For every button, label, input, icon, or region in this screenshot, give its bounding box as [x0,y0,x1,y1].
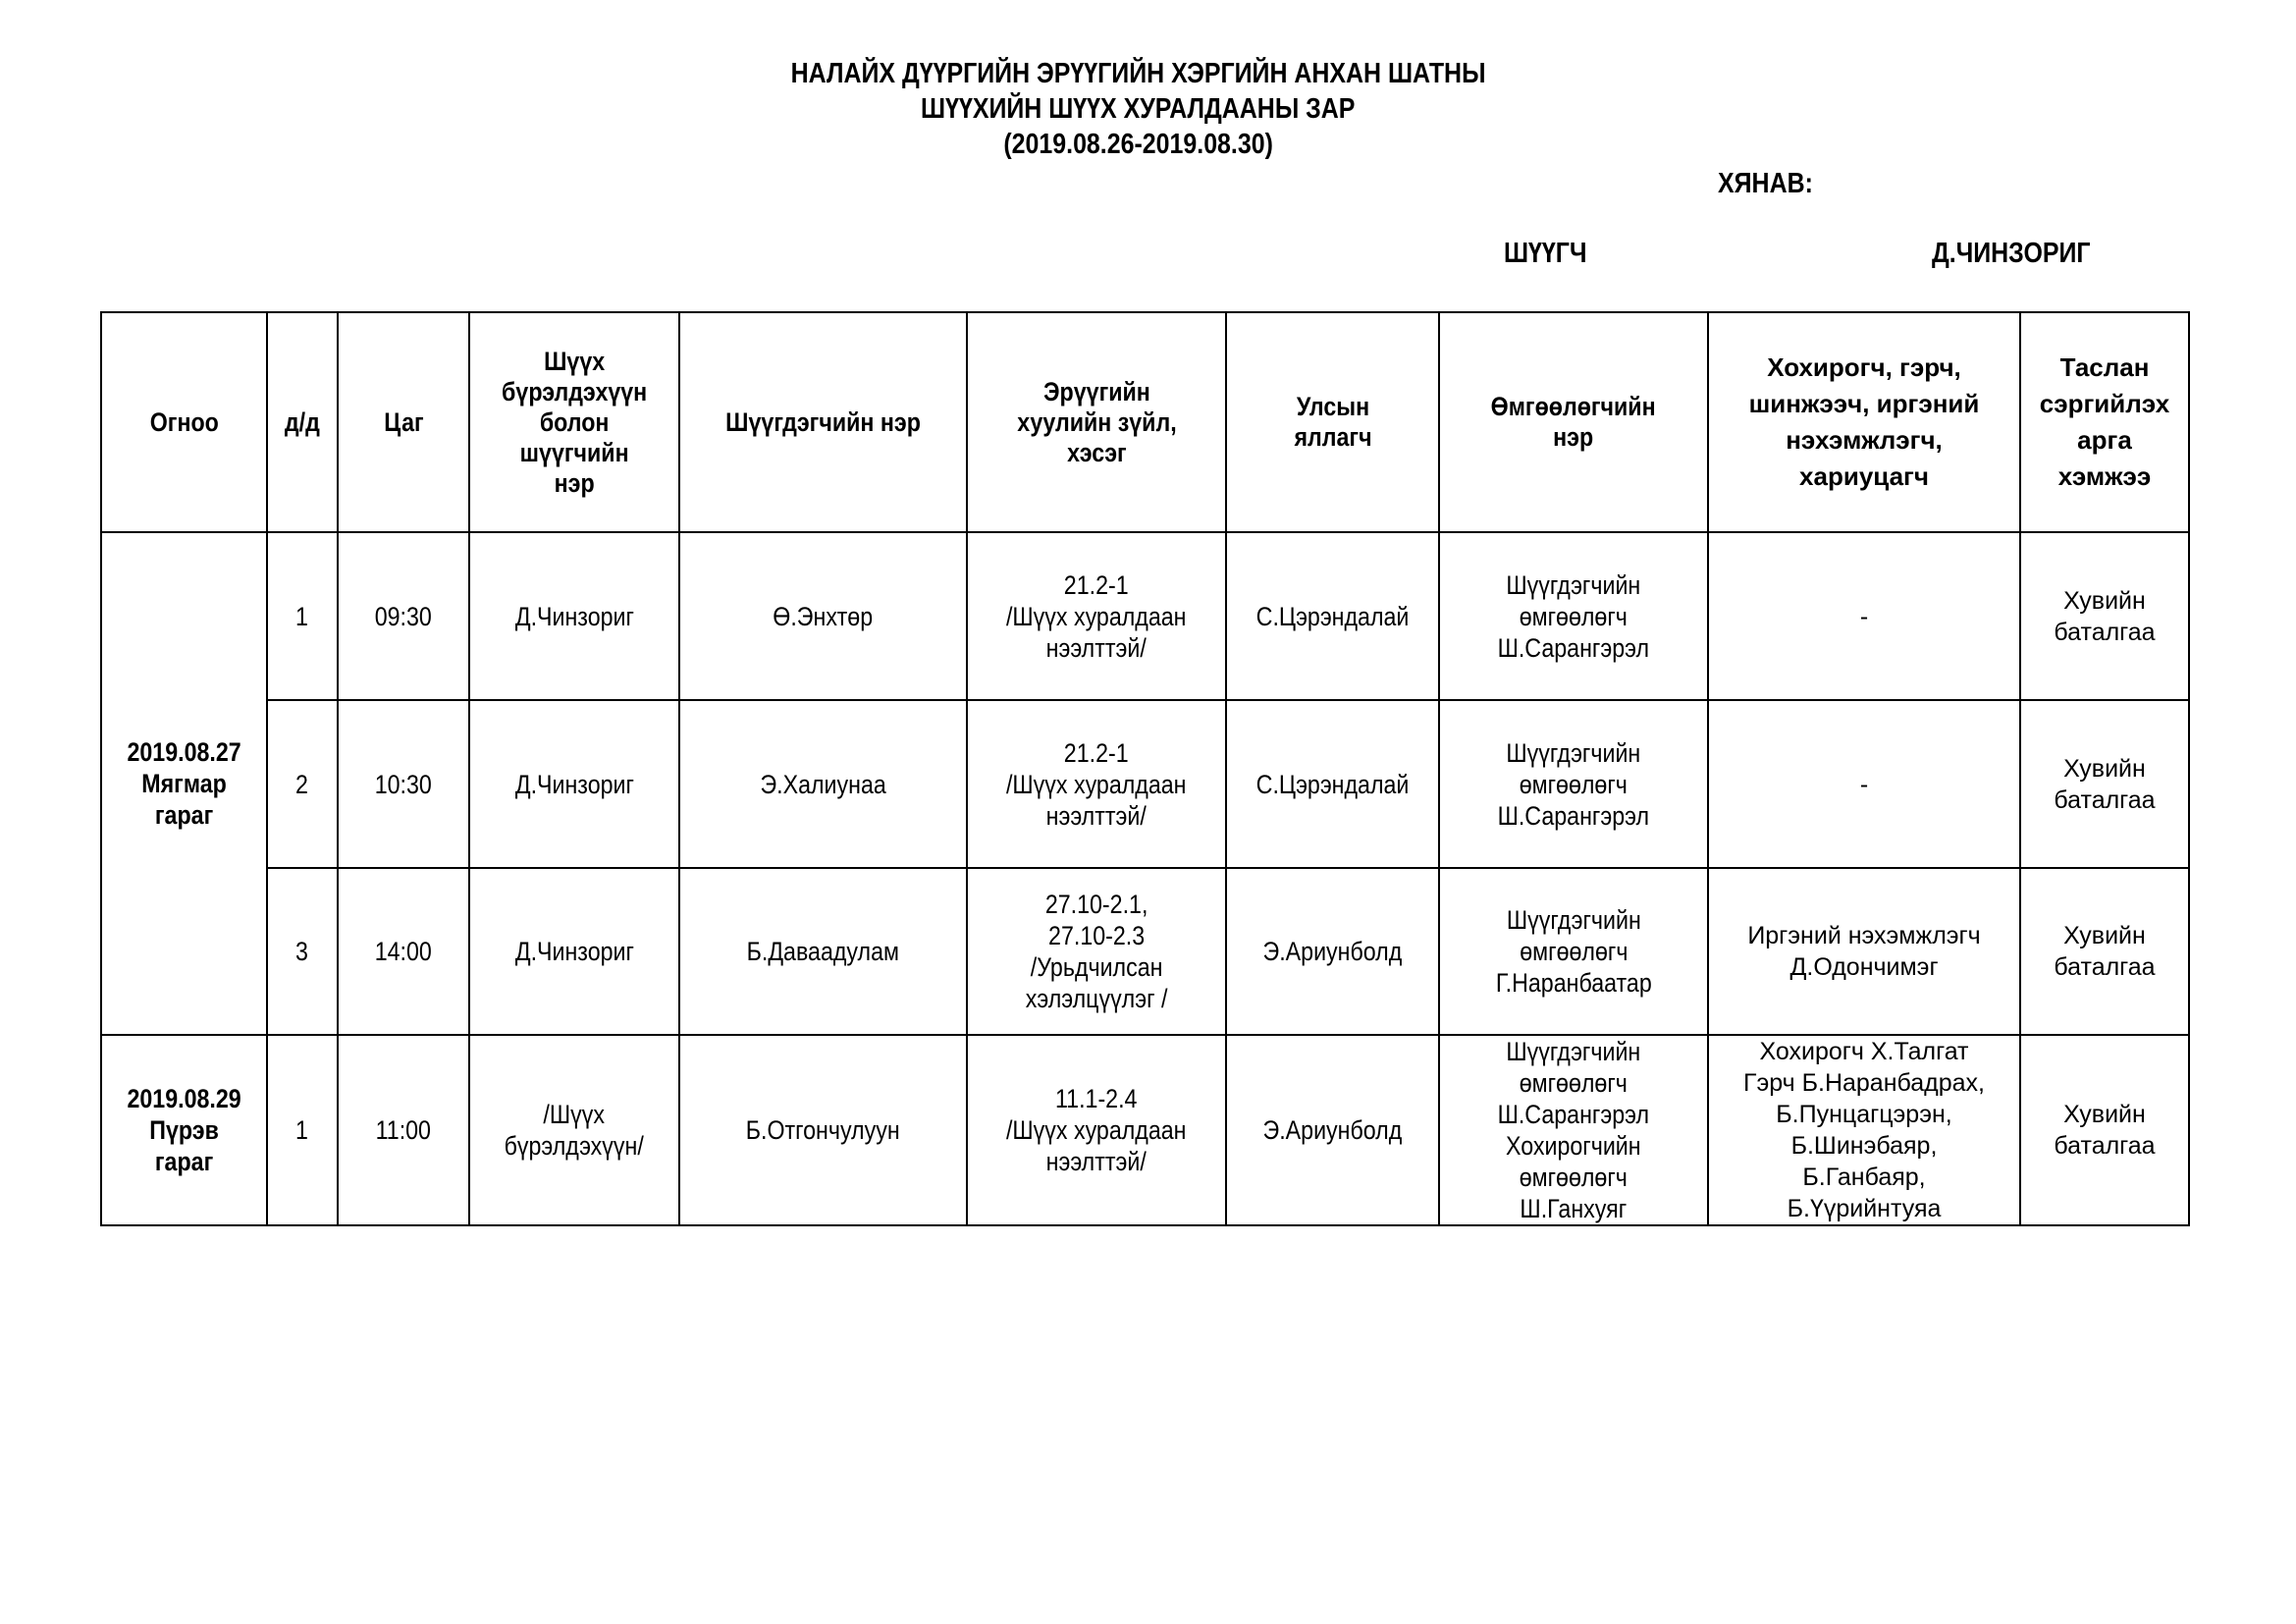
time-text: 14:00 [375,936,432,967]
table-row: 3 14:00 Д.Чинзориг Б.Даваадулам 27.10-2.… [101,868,2189,1035]
table-header-row: Огноо д/д Цаг Шүүх бүрэлдэхүүн болон шүү… [101,312,2189,532]
column-header-lawyer: Өмгөөлөгчийн нэр [1439,312,1708,532]
measure-text: Хувийн баталгаа [2054,755,2155,814]
defendant-text: Б.Отгончулуун [746,1114,900,1146]
panel-text: /Шүүх бүрэлдэхүүн/ [505,1099,644,1162]
defendant-text: Э.Халиунаа [760,769,885,800]
number-cell: 3 [267,868,338,1035]
number-text: 2 [296,769,309,800]
column-header-defendant: Шүүгдэгчийн нэр [679,312,967,532]
document-date-range: (2019.08.26-2019.08.30) [0,127,2286,162]
title-text-2: ШҮҮХИЙН ШҮҮХ ХУРАЛДААНЫ ЗАР [921,91,1355,127]
measure-cell: Хувийн баталгаа [2020,532,2189,700]
lawyer-cell: Шүүгдэгчийн өмгөөлөгч Ш.Сарангэрэл [1439,532,1708,700]
panel-cell: /Шүүх бүрэлдэхүүн/ [469,1035,679,1225]
defendant-text: Ө.Энхтөр [774,601,874,632]
number-cell: 2 [267,700,338,868]
panel-cell: Д.Чинзориг [469,700,679,868]
measure-cell: Хувийн баталгаа [2020,1035,2189,1225]
lawyer-cell: Шүүгдэгчийн өмгөөлөгч Ш.Сарангэрэл Хохир… [1439,1035,1708,1225]
time-text: 11:00 [376,1114,431,1146]
article-cell: 21.2-1 /Шүүх хуралдаан нээлттэй/ [967,532,1226,700]
parties-cell: - [1708,532,2020,700]
lawyer-text: Шүүгдэгчийн өмгөөлөгч Ш.Сарангэрэл [1498,569,1649,664]
defendant-cell: Б.Даваадулам [679,868,967,1035]
article-cell: 11.1-2.4 /Шүүх хуралдаан нээлттэй/ [967,1035,1226,1225]
measure-cell: Хувийн баталгаа [2020,700,2189,868]
article-cell: 27.10-2.1, 27.10-2.3 /Урьдчилсан хэлэлцү… [967,868,1226,1035]
parties-cell: - [1708,700,2020,868]
title-text-1: НАЛАЙХ ДҮҮРГИЙН ЭРҮҮГИЙН ХЭРГИЙН АНХАН Ш… [791,56,1486,91]
column-header-label: Эрүүгийн хуулийн зүйл, хэсэг [1017,377,1176,468]
prosecutor-cell: Э.Ариунболд [1226,1035,1439,1225]
date-text: 2019.08.29 Пүрэв гараг [127,1083,240,1177]
time-cell: 14:00 [338,868,469,1035]
prosecutor-text: С.Цэрэндалай [1256,601,1410,632]
prosecutor-text: С.Цэрэндалай [1256,769,1410,800]
number-cell: 1 [267,532,338,700]
prosecutor-cell: Э.Ариунболд [1226,868,1439,1035]
table-row: 2019.08.29 Пүрэв гараг 1 11:00 /Шүүх бүр… [101,1035,2189,1225]
measure-text: Хувийн баталгаа [2054,587,2155,646]
column-header-label: Улсын яллагч [1294,392,1371,453]
lawyer-cell: Шүүгдэгчийн өмгөөлөгч Ш.Сарангэрэл [1439,700,1708,868]
date-range-text: (2019.08.26-2019.08.30) [1003,127,1273,162]
time-text: 09:30 [375,601,432,632]
article-text: 27.10-2.1, 27.10-2.3 /Урьдчилсан хэлэлцү… [1026,889,1168,1014]
parties-text: Хохирогч Х.Талгат Гэрч Б.Наранбадрах, Б.… [1743,1038,1985,1222]
time-cell: 09:30 [338,532,469,700]
column-header-time: Цаг [338,312,469,532]
parties-cell: Хохирогч Х.Талгат Гэрч Б.Наранбадрах, Б.… [1708,1035,2020,1225]
column-header-label: Цаг [384,407,423,438]
defendant-cell: Э.Халиунаа [679,700,967,868]
time-cell: 11:00 [338,1035,469,1225]
article-text: 21.2-1 /Шүүх хуралдаан нээлттэй/ [1006,569,1187,664]
parties-text: - [1860,771,1868,798]
number-text: 3 [296,936,309,967]
parties-text: - [1860,603,1868,630]
column-header-label: д/д [285,407,320,438]
hearing-schedule-table: Огноо д/д Цаг Шүүх бүрэлдэхүүн болон шүү… [100,311,2190,1226]
panel-cell: Д.Чинзориг [469,868,679,1035]
measure-text: Хувийн баталгаа [2054,922,2155,981]
parties-cell: Иргэний нэхэмжлэгч Д.Одончимэг [1708,868,2020,1035]
judge-name: Д.ЧИНЗОРИГ [1932,237,2091,270]
column-header-measure: Таслан сэргийлэх арга хэмжээ [2020,312,2189,532]
measure-cell: Хувийн баталгаа [2020,868,2189,1035]
column-header-article: Эрүүгийн хуулийн зүйл, хэсэг [967,312,1226,532]
prosecutor-text: Э.Ариунболд [1263,936,1403,967]
column-header-parties: Хохирогч, гэрч, шинжээч, иргэний нэхэмжл… [1708,312,2020,532]
panel-text: Д.Чинзориг [514,936,633,967]
column-header-label: Өмгөөлөгчийн нэр [1491,392,1656,453]
document-title-line-1: НАЛАЙХ ДҮҮРГИЙН ЭРҮҮГИЙН ХЭРГИЙН АНХАН Ш… [0,56,2286,91]
column-header-label: Таслан сэргийлэх арга хэмжээ [2040,352,2170,491]
column-header-prosecutor: Улсын яллагч [1226,312,1439,532]
article-text: 21.2-1 /Шүүх хуралдаан нээлттэй/ [1006,737,1187,832]
column-header-date: Огноо [101,312,267,532]
date-cell: 2019.08.27 Мягмар гараг [101,532,267,1035]
table-row: 2 10:30 Д.Чинзориг Э.Халиунаа 21.2-1 /Шү… [101,700,2189,868]
measure-text: Хувийн баталгаа [2054,1101,2155,1160]
column-header-label: Огноо [149,407,218,438]
column-header-label: Хохирогч, гэрч, шинжээч, иргэний нэхэмжл… [1749,352,1980,491]
date-cell: 2019.08.29 Пүрэв гараг [101,1035,267,1225]
article-cell: 21.2-1 /Шүүх хуралдаан нээлттэй/ [967,700,1226,868]
document-title-line-2: ШҮҮХИЙН ШҮҮХ ХУРАЛДААНЫ ЗАР [0,91,2286,127]
article-text: 11.1-2.4 /Шүүх хуралдаан нээлттэй/ [1006,1083,1187,1177]
date-text: 2019.08.27 Мягмар гараг [127,736,240,831]
column-header-number: д/д [267,312,338,532]
lawyer-cell: Шүүгдэгчийн өмгөөлөгч Г.Наранбаатар [1439,868,1708,1035]
table-row: 2019.08.27 Мягмар гараг 1 09:30 Д.Чинзор… [101,532,2189,700]
parties-text: Иргэний нэхэмжлэгч Д.Одончимэг [1747,922,1980,981]
defendant-text: Б.Даваадулам [747,936,899,967]
column-header-label: Шүүгдэгчийн нэр [725,407,921,438]
time-cell: 10:30 [338,700,469,868]
time-text: 10:30 [375,769,432,800]
number-text: 1 [296,601,309,632]
prosecutor-cell: С.Цэрэндалай [1226,532,1439,700]
number-text: 1 [296,1114,309,1146]
column-header-panel: Шүүх бүрэлдэхүүн болон шүүгчийн нэр [469,312,679,532]
prosecutor-cell: С.Цэрэндалай [1226,700,1439,868]
panel-cell: Д.Чинзориг [469,532,679,700]
column-header-label: Шүүх бүрэлдэхүүн болон шүүгчийн нэр [502,347,647,499]
review-label: ХЯНАВ: [1718,167,1813,200]
panel-text: Д.Чинзориг [514,601,633,632]
lawyer-text: Шүүгдэгчийн өмгөөлөгч Ш.Сарангэрэл [1498,737,1649,832]
defendant-cell: Б.Отгончулуун [679,1035,967,1225]
panel-text: Д.Чинзориг [514,769,633,800]
lawyer-text: Шүүгдэгчийн өмгөөлөгч Г.Наранбаатар [1496,904,1652,999]
judge-role-label: ШҮҮГЧ [1504,237,1586,270]
prosecutor-text: Э.Ариунболд [1263,1114,1403,1146]
number-cell: 1 [267,1035,338,1225]
defendant-cell: Ө.Энхтөр [679,532,967,700]
lawyer-text: Шүүгдэгчийн өмгөөлөгч Ш.Сарангэрэл Хохир… [1498,1036,1649,1224]
